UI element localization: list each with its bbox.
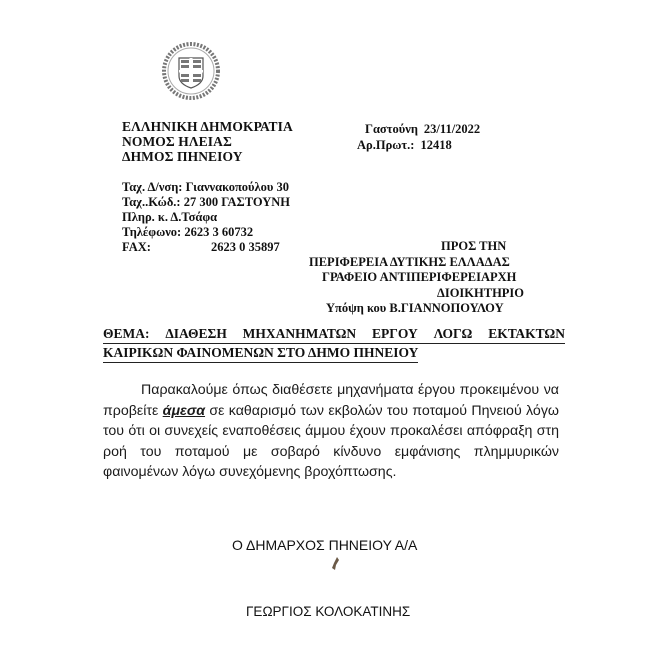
subject-word: ΕΚΤΑΚΤΩΝ	[488, 325, 565, 343]
contact-person: Πληρ. κ. Δ.Τσάφα	[122, 210, 290, 225]
phone: Τηλέφωνο: 2623 3 60732	[122, 225, 290, 240]
address: Ταχ. Δ/νση: Γιαννακοπούλου 30	[122, 180, 290, 195]
document-date: 23/11/2022	[424, 122, 480, 136]
protocol-label: Αρ.Πρωτ.:	[357, 137, 414, 153]
subject-word: ΕΡΓΟΥ	[372, 325, 418, 343]
signature-icon	[330, 557, 340, 571]
subject: ΘΕΜΑ: ΔΙΑΘΕΣΗ ΜΗΧΑΝΗΜΑΤΩΝ ΕΡΓΟΥ ΛΟΓΩ ΕΚΤ…	[103, 325, 563, 363]
contact-block: Ταχ. Δ/νση: Γιαννακοπούλου 30 Ταχ..Κώδ.:…	[122, 180, 290, 255]
fax-label: FAX:	[122, 240, 151, 254]
signatory-title: Ο ΔΗΜΑΡΧΟΣ ΠΗΝΕΙΟΥ Α/Α	[232, 537, 417, 553]
place-label: Γαστούνη	[365, 121, 418, 137]
postal-code: Ταχ..Κώδ.: 27 300 ΓΑΣΤΟΥΝΗ	[122, 195, 290, 210]
recipient-line: ΔΙΟΙΚΗΤΗΡΙΟ	[300, 286, 560, 302]
subject-word: ΔΙΑΘΕΣΗ	[165, 325, 227, 343]
signatory-name: ΓΕΩΡΓΙΟΣ ΚΟΛΟΚΑΤΙΝΗΣ	[246, 604, 410, 619]
recipient-line: ΓΡΑΦΕΙΟ ΑΝΤΙΠΕΡΙΦΕΡΕΙΑΡΧΗ	[300, 270, 560, 286]
body-paragraph: Παρακαλούμε όπως διαθέσετε μηχανήματα έρ…	[103, 380, 559, 483]
greek-coat-of-arms-icon	[160, 40, 222, 102]
protocol-number: 12418	[420, 138, 451, 152]
issuer-line: ΝΟΜΟΣ ΗΛΕΙΑΣ	[122, 134, 293, 149]
subject-word: ΘΕΜΑ:	[103, 325, 150, 343]
issuer-line: ΕΛΛΗΝΙΚΗ ΔΗΜΟΚΡΑΤΙΑ	[122, 119, 293, 134]
recipient-line: Υπόψη κου Β.ΓΙΑΝΝΟΠΟΥΛΟΥ	[300, 301, 560, 317]
document-meta: Γαστούνη23/11/2022 Αρ.Πρωτ.:12418	[357, 121, 480, 153]
subject-word: ΛΟΓΩ	[434, 325, 473, 343]
subject-word: ΜΗΧΑΝΗΜΑΤΩΝ	[243, 325, 357, 343]
issuer-line: ΔΗΜΟΣ ΠΗΝΕΙΟΥ	[122, 149, 293, 164]
body-emphasis: άμεσα	[163, 403, 205, 419]
fax-number: 2623 0 35897	[211, 240, 280, 255]
issuer-header: ΕΛΛΗΝΙΚΗ ΔΗΜΟΚΡΑΤΙΑ ΝΟΜΟΣ ΗΛΕΙΑΣ ΔΗΜΟΣ Π…	[122, 119, 293, 164]
recipient-block: ΠΡΟΣ ΤΗΝ ΠΕΡΙΦΕΡΕΙΑ ΔΥΤΙΚΗΣ ΕΛΛΑΔΑΣ ΓΡΑΦ…	[300, 239, 560, 317]
recipient-line: ΠΕΡΙΦΕΡΕΙΑ ΔΥΤΙΚΗΣ ΕΛΛΑΔΑΣ	[300, 255, 560, 271]
recipient-line: ΠΡΟΣ ΤΗΝ	[300, 239, 560, 255]
subject-line-1: ΘΕΜΑ: ΔΙΑΘΕΣΗ ΜΗΧΑΝΗΜΑΤΩΝ ΕΡΓΟΥ ΛΟΓΩ ΕΚΤ…	[103, 325, 565, 344]
subject-line-2: ΚΑΙΡΙΚΩΝ ΦΑΙΝΟΜΕΝΩΝ ΣΤΟ ΔΗΜΟ ΠΗΝΕΙΟΥ	[103, 344, 418, 363]
